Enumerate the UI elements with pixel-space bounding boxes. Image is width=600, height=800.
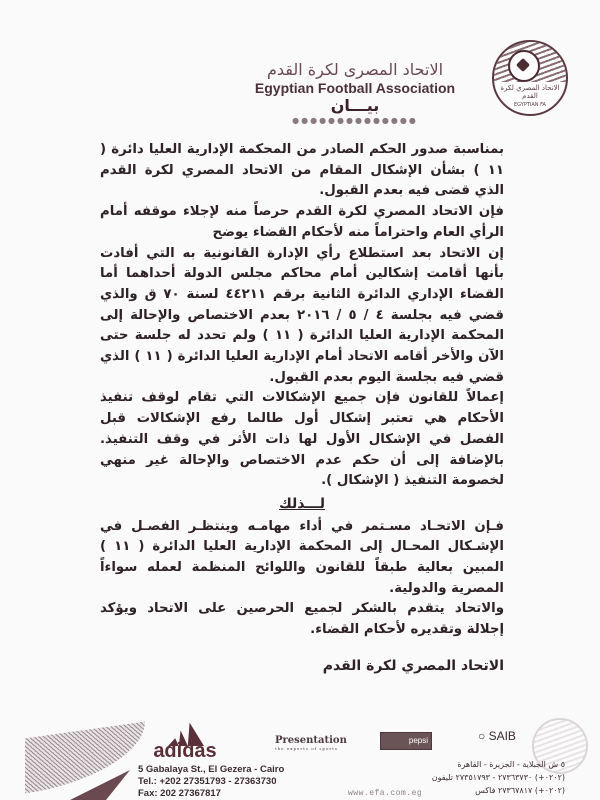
address-arabic: ٥ ش الجبلاية - الجزيرة - القاهرة (٠٢٠٢+)… <box>415 758 565 797</box>
document-title: بيـــان <box>260 96 450 115</box>
crest-text-ar: الاتحاد المصري لكرة القدم <box>494 84 566 100</box>
decorative-swoosh-icon <box>25 722 145 794</box>
paragraph-2: فإن الاتحاد المصري لكرة القدم حرصاً منه … <box>100 202 504 243</box>
address-street: 5 Gabalaya St., El Gezera - Cairo <box>138 764 284 776</box>
org-name-arabic: الاتحاد المصرى لكرة القدم <box>260 60 450 79</box>
saib-logo-icon: ○ SAIB <box>478 729 516 743</box>
paragraph-4: إعمالاً للقانون فإن جميع الإشكالات التي … <box>100 388 504 492</box>
website-link[interactable]: www.efa.com.eg <box>348 789 422 798</box>
address-ar-tel: (٠٢٠٢+) ٢٧٣٦٣٧٣٠ - ٢٧٣٥١٧٩٣ تليفون <box>415 771 565 784</box>
efa-crest-icon: الاتحاد المصري لكرة القدم EGYPTIAN FA <box>492 40 568 116</box>
letterhead-header: الاتحاد المصري لكرة القدم EGYPTIAN FA ال… <box>0 0 600 130</box>
pepsi-logo-icon: pepsi <box>380 732 432 750</box>
signature: الاتحاد المصري لكرة القدم <box>100 658 504 674</box>
closing-paragraph-1: فـإن الاتحـاد مسـتمر في أداء مهامـه وينت… <box>100 517 504 600</box>
address-ar-fax: (٠٢٠٢+) ٢٧٣٦٧٨١٧ فاكس <box>415 784 565 797</box>
org-name-english: Egyptian Football Association <box>240 80 470 96</box>
statement-body: بمناسبة صدور الحكم الصادر من المحكمة الإ… <box>100 140 504 641</box>
saib-wordmark: SAIB <box>489 729 516 743</box>
presentation-tagline: the experts of sports <box>275 746 347 751</box>
paragraph-3: إن الاتحاد بعد استطلاع رأي الإدارة القان… <box>100 244 504 389</box>
address-ar-street: ٥ ش الجبلاية - الجزيرة - القاهرة <box>415 758 565 771</box>
presentation-wordmark: Presentation <box>275 735 347 746</box>
title-divider-dots: ●●●●●●●●●●●●●● <box>240 116 470 125</box>
paragraph-1: بمناسبة صدور الحكم الصادر من المحكمة الإ… <box>100 140 504 202</box>
crest-text-en: EGYPTIAN FA <box>494 102 566 108</box>
address-fax: Fax: 202 27367817 <box>138 788 284 800</box>
address-english: 5 Gabalaya St., El Gezera - Cairo Tel.: … <box>138 764 284 800</box>
section-heading: لـــذلك <box>100 494 504 515</box>
adidas-logo-icon: adidas <box>150 720 220 760</box>
presentation-logo-icon: Presentation the experts of sports <box>275 735 347 751</box>
football-icon <box>508 50 540 82</box>
letterhead-footer: adidas 5 Gabalaya St., El Gezera - Cairo… <box>0 700 600 800</box>
address-tel: Tel.: +202 27351793 - 27363730 <box>138 776 284 788</box>
adidas-wordmark: adidas <box>150 740 220 763</box>
closing-paragraph-2: والاتحاد يتقدم بالشكر لجميع الحرصين على … <box>100 599 504 640</box>
